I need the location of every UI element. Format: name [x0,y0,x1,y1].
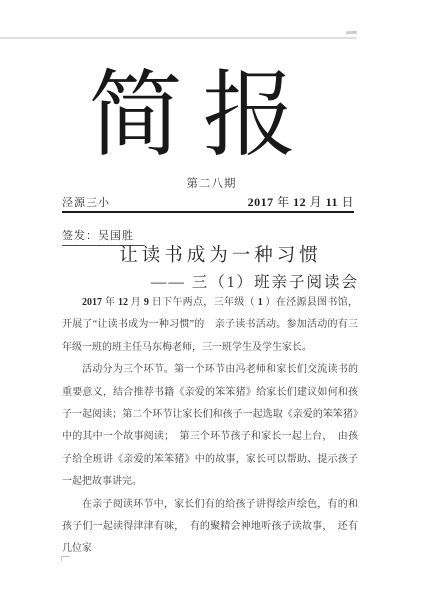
issue-number: 第二八期 [0,175,423,191]
paragraph-3: 在亲子阅读环节中，家长们有的给孩子讲得绘声绘色，有的和孩子们一起读得津津有味， … [62,494,358,561]
scan-artifact [61,556,70,561]
top-faint-divider [0,37,356,39]
scan-edge-mark [346,31,357,35]
issue-date: 2017 年 12 月 11 日 [248,193,354,210]
masthead-row: 泾源三小 2017 年 12 月 11 日 [62,193,354,213]
bulletin-title: 简报 [0,62,414,170]
article-body: 2017 年 12 月 9 日下午两点，三年级（ 1 ）在泾源县图书馆，开展了“… [62,292,358,561]
paragraph-2: 活动分为三个环节。第一个环节由冯老师和家长们交流读书的重要意义，结合推荐书籍《亲… [62,359,358,493]
paragraph-1: 2017 年 12 月 9 日下午两点，三年级（ 1 ）在泾源县图书馆，开展了“… [62,292,358,359]
bulletin-page: 简报 第二八期 泾源三小 2017 年 12 月 11 日 签发：吴国胜 让读书… [0,0,423,600]
school-name: 泾源三小 [62,194,110,210]
article-title: 让读书成为一种习惯 [9,243,423,269]
